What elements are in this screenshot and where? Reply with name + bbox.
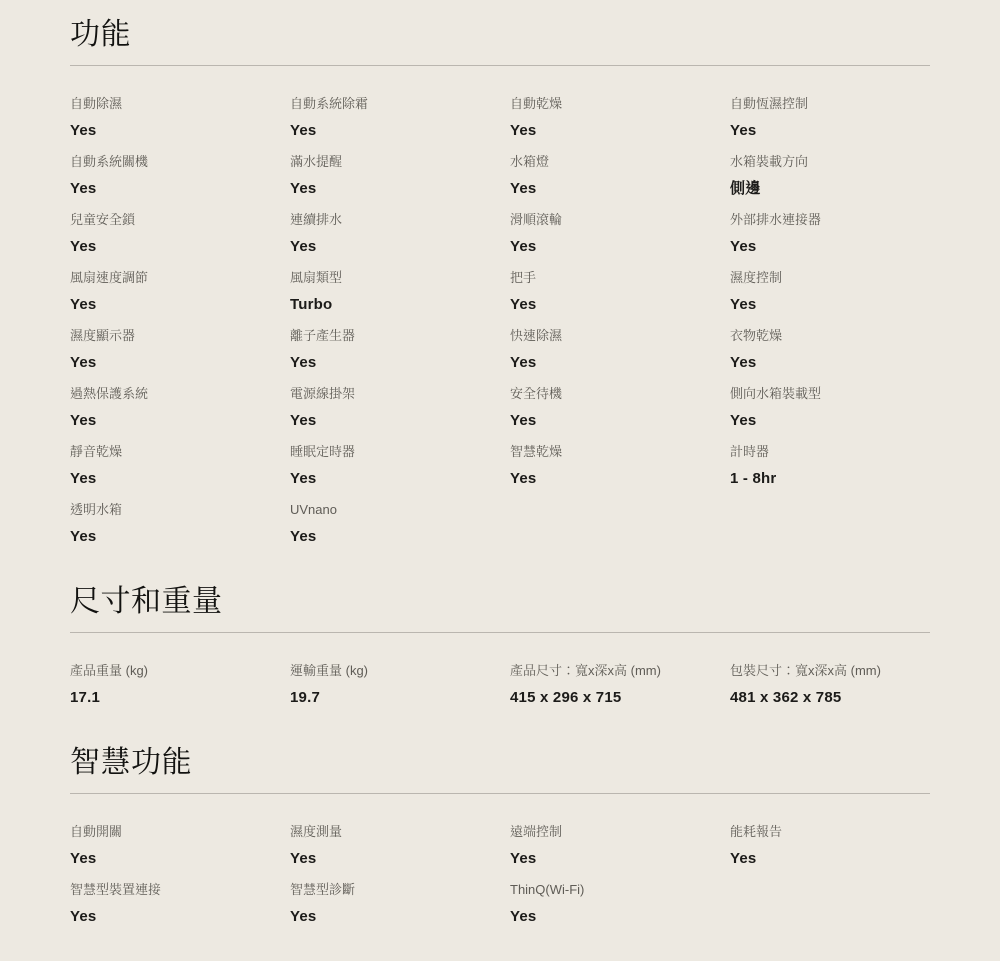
spec-item-label: 濕度控制 <box>730 269 932 287</box>
spec-item-label: 運輸重量 (kg) <box>290 662 492 680</box>
spec-item-value: 19.7 <box>290 688 492 708</box>
spec-item-value: Yes <box>510 411 712 431</box>
spec-item-value: Yes <box>510 849 712 869</box>
spec-item-value: Yes <box>290 849 492 869</box>
spec-item: 產品重量 (kg)17.1 <box>70 662 290 720</box>
spec-item: 靜音乾燥Yes <box>70 443 290 501</box>
spec-item-value: Yes <box>730 237 932 257</box>
spec-item: 兒童安全鎖Yes <box>70 211 290 269</box>
spec-item-label: 自動系統除霜 <box>290 95 492 113</box>
spec-item: 風扇速度調節Yes <box>70 269 290 327</box>
spec-item-value: Yes <box>510 353 712 373</box>
spec-item: 滿水提醒Yes <box>290 153 510 211</box>
section-divider <box>70 65 930 66</box>
spec-item-value: Yes <box>70 121 272 141</box>
spec-item-value: Yes <box>70 527 272 547</box>
spec-item-value: Yes <box>730 849 932 869</box>
spec-item-value: Yes <box>290 179 492 199</box>
spec-item: 濕度顯示器Yes <box>70 327 290 385</box>
spec-item-value: Yes <box>730 353 932 373</box>
spec-item-label: 兒童安全鎖 <box>70 211 272 229</box>
spec-item-label: UVnano <box>290 501 492 519</box>
spec-item-label: 睡眠定時器 <box>290 443 492 461</box>
spec-item-value: Turbo <box>290 295 492 315</box>
spec-item: 智慧型診斷Yes <box>290 881 510 939</box>
spec-item-value: 1 - 8hr <box>730 469 932 489</box>
spec-item-label: 連續排水 <box>290 211 492 229</box>
spec-item-value: Yes <box>70 907 272 927</box>
spec-item-value: Yes <box>290 527 492 547</box>
spec-item-value: Yes <box>290 411 492 431</box>
spec-item: 離子產生器Yes <box>290 327 510 385</box>
spec-item-value: Yes <box>70 179 272 199</box>
spec-item-value: Yes <box>290 907 492 927</box>
spec-item: 側向水箱裝載型Yes <box>730 385 950 443</box>
spec-item-value: Yes <box>70 849 272 869</box>
spec-item-value: Yes <box>70 353 272 373</box>
section-title-features: 功能 <box>70 19 930 51</box>
spec-item: 安全待機Yes <box>510 385 730 443</box>
spec-item-label: 智慧型診斷 <box>290 881 492 899</box>
spec-item-label: 自動除濕 <box>70 95 272 113</box>
spec-item: 包裝尺寸：寬x深x高 (mm)481 x 362 x 785 <box>730 662 950 720</box>
spec-item-value: Yes <box>510 179 712 199</box>
spec-item: 自動恆濕控制Yes <box>730 95 950 153</box>
section-divider <box>70 632 930 633</box>
spec-item: 智慧乾燥Yes <box>510 443 730 501</box>
spec-item: 風扇類型Turbo <box>290 269 510 327</box>
spec-item-value: Yes <box>730 121 932 141</box>
spec-item: 自動乾燥Yes <box>510 95 730 153</box>
spec-item: 運輸重量 (kg)19.7 <box>290 662 510 720</box>
spec-item: ThinQ(Wi-Fi)Yes <box>510 881 730 939</box>
section-dimensions-weight: 尺寸和重量 產品重量 (kg)17.1運輸重量 (kg)19.7產品尺寸：寬x深… <box>70 586 930 720</box>
spec-item-label: 側向水箱裝載型 <box>730 385 932 403</box>
spec-item: 產品尺寸：寬x深x高 (mm)415 x 296 x 715 <box>510 662 730 720</box>
spec-item: 外部排水連接器Yes <box>730 211 950 269</box>
spec-item-label: 自動乾燥 <box>510 95 712 113</box>
spec-item-label: ThinQ(Wi-Fi) <box>510 881 712 899</box>
spec-item-label: 衣物乾燥 <box>730 327 932 345</box>
spec-item-label: 靜音乾燥 <box>70 443 272 461</box>
spec-item-label: 產品尺寸：寬x深x高 (mm) <box>510 662 712 680</box>
spec-item: 把手Yes <box>510 269 730 327</box>
section-divider <box>70 793 930 794</box>
spec-item-value: Yes <box>290 469 492 489</box>
spec-item: 遠端控制Yes <box>510 823 730 881</box>
section-title-smart-functions: 智慧功能 <box>70 747 930 779</box>
spec-item-label: 智慧型裝置連接 <box>70 881 272 899</box>
section-features: 功能 自動除濕Yes自動系統除霜Yes自動乾燥Yes自動恆濕控制Yes自動系統關… <box>70 19 930 559</box>
spec-item-label: 自動系統關機 <box>70 153 272 171</box>
spec-item-value: Yes <box>510 237 712 257</box>
spec-item-label: 安全待機 <box>510 385 712 403</box>
spec-item-value: Yes <box>70 469 272 489</box>
spec-item: 智慧型裝置連接Yes <box>70 881 290 939</box>
spec-item-label: 電源線掛架 <box>290 385 492 403</box>
spec-item-label: 自動恆濕控制 <box>730 95 932 113</box>
spec-item-value: Yes <box>70 237 272 257</box>
spec-item: 自動系統關機Yes <box>70 153 290 211</box>
spec-item-value: Yes <box>510 469 712 489</box>
spec-item-label: 產品重量 (kg) <box>70 662 272 680</box>
spec-item-value: Yes <box>730 295 932 315</box>
spec-item: 水箱燈Yes <box>510 153 730 211</box>
spec-page: 功能 自動除濕Yes自動系統除霜Yes自動乾燥Yes自動恆濕控制Yes自動系統關… <box>0 19 1000 939</box>
spec-item-label: 滿水提醒 <box>290 153 492 171</box>
spec-item-label: 智慧乾燥 <box>510 443 712 461</box>
spec-item: 自動除濕Yes <box>70 95 290 153</box>
spec-item: 電源線掛架Yes <box>290 385 510 443</box>
spec-item-label: 遠端控制 <box>510 823 712 841</box>
spec-item: 連續排水Yes <box>290 211 510 269</box>
spec-item: 計時器1 - 8hr <box>730 443 950 501</box>
spec-item-label: 計時器 <box>730 443 932 461</box>
spec-item-label: 過熱保護系統 <box>70 385 272 403</box>
spec-item-label: 離子產生器 <box>290 327 492 345</box>
spec-item: 快速除濕Yes <box>510 327 730 385</box>
spec-item-value: Yes <box>70 295 272 315</box>
spec-item: 能耗報告Yes <box>730 823 950 881</box>
spec-item: 自動系統除霜Yes <box>290 95 510 153</box>
spec-item: UVnanoYes <box>290 501 510 559</box>
spec-item-label: 風扇速度調節 <box>70 269 272 287</box>
spec-item-label: 水箱裝載方向 <box>730 153 932 171</box>
spec-item-value: Yes <box>730 411 932 431</box>
spec-item-label: 外部排水連接器 <box>730 211 932 229</box>
spec-item: 濕度測量Yes <box>290 823 510 881</box>
spec-item-value: Yes <box>290 237 492 257</box>
section-title-dimensions-weight: 尺寸和重量 <box>70 586 930 618</box>
spec-item-value: Yes <box>290 353 492 373</box>
spec-item-label: 濕度測量 <box>290 823 492 841</box>
spec-item-label: 濕度顯示器 <box>70 327 272 345</box>
spec-item-label: 風扇類型 <box>290 269 492 287</box>
spec-item-value: 415 x 296 x 715 <box>510 688 712 708</box>
spec-item-label: 包裝尺寸：寬x深x高 (mm) <box>730 662 932 680</box>
smart-functions-spec-grid: 自動開關Yes濕度測量Yes遠端控制Yes能耗報告Yes智慧型裝置連接Yes智慧… <box>70 823 930 939</box>
spec-item-value: Yes <box>510 295 712 315</box>
spec-item-value: Yes <box>290 121 492 141</box>
spec-item-value: 481 x 362 x 785 <box>730 688 932 708</box>
spec-item-value: 側邊 <box>730 179 932 199</box>
spec-item-label: 自動開關 <box>70 823 272 841</box>
spec-item: 水箱裝載方向側邊 <box>730 153 950 211</box>
spec-item: 濕度控制Yes <box>730 269 950 327</box>
spec-item-label: 快速除濕 <box>510 327 712 345</box>
spec-item-label: 能耗報告 <box>730 823 932 841</box>
features-spec-grid: 自動除濕Yes自動系統除霜Yes自動乾燥Yes自動恆濕控制Yes自動系統關機Ye… <box>70 95 930 559</box>
spec-item-label: 透明水箱 <box>70 501 272 519</box>
spec-item-label: 水箱燈 <box>510 153 712 171</box>
spec-item-label: 滑順滾輪 <box>510 211 712 229</box>
spec-item: 過熱保護系統Yes <box>70 385 290 443</box>
spec-item: 滑順滾輪Yes <box>510 211 730 269</box>
spec-item-value: Yes <box>510 907 712 927</box>
spec-item: 透明水箱Yes <box>70 501 290 559</box>
spec-item: 衣物乾燥Yes <box>730 327 950 385</box>
spec-item: 自動開關Yes <box>70 823 290 881</box>
spec-item-value: Yes <box>510 121 712 141</box>
section-smart-functions: 智慧功能 自動開關Yes濕度測量Yes遠端控制Yes能耗報告Yes智慧型裝置連接… <box>70 747 930 939</box>
dimensions-spec-grid: 產品重量 (kg)17.1運輸重量 (kg)19.7產品尺寸：寬x深x高 (mm… <box>70 662 930 720</box>
spec-item: 睡眠定時器Yes <box>290 443 510 501</box>
spec-item-label: 把手 <box>510 269 712 287</box>
spec-item-value: 17.1 <box>70 688 272 708</box>
spec-item-value: Yes <box>70 411 272 431</box>
